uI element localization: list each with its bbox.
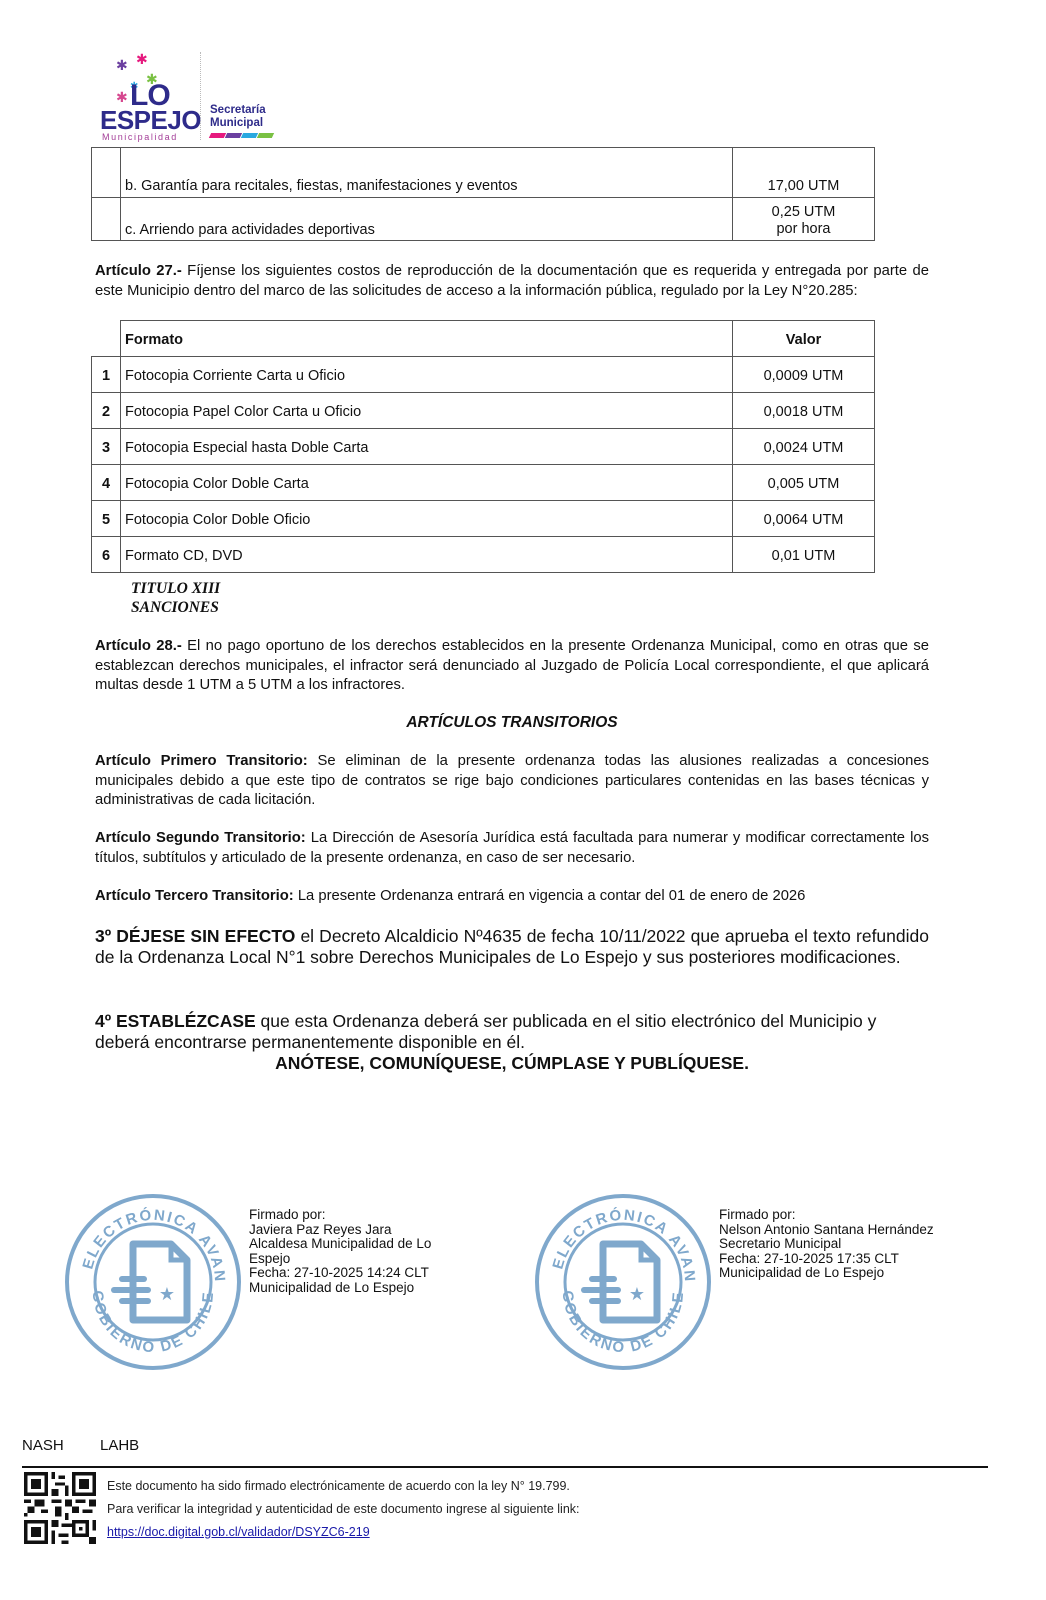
transitorios-title: ARTÍCULOS TRANSITORIOS bbox=[95, 714, 929, 732]
table-cell-value: 0,25 UTMpor hora bbox=[733, 198, 875, 241]
row-valor: 0,01 UTM bbox=[733, 537, 875, 573]
signer-institution: Municipalidad de Lo Espejo bbox=[249, 1281, 431, 1296]
row-valor: 0,0064 UTM bbox=[733, 501, 875, 537]
row-valor: 0,0009 UTM bbox=[733, 357, 875, 393]
row-formato: Fotocopia Color Doble Oficio bbox=[121, 501, 733, 537]
signature-block-2: Firmado por: Nelson Antonio Santana Hern… bbox=[719, 1208, 934, 1281]
article-heading: Artículo Segundo Transitorio: bbox=[95, 830, 306, 846]
closing-formula: ANÓTESE, COMUNÍQUESE, CÚMPLASE Y PUBLÍQU… bbox=[95, 1053, 929, 1074]
row-valor: 0,0018 UTM bbox=[733, 393, 875, 429]
resolutivo-tercero: 3º DÉJESE SIN EFECTO el Decreto Alcaldic… bbox=[95, 926, 929, 968]
articulo-28: Artículo 28.- El no pago oportuno de los… bbox=[95, 637, 929, 696]
qr-code-icon[interactable] bbox=[24, 1472, 96, 1544]
star-icon: ✱ bbox=[136, 52, 148, 66]
table-row: 2 Fotocopia Papel Color Carta u Oficio 0… bbox=[92, 393, 875, 429]
row-number: 3 bbox=[92, 429, 121, 465]
article-text: Fíjense los siguientes costos de reprodu… bbox=[95, 263, 929, 299]
signature-block-1: Firmado por: Javiera Paz Reyes Jara Alca… bbox=[249, 1208, 431, 1295]
resolutivo-heading: 3º DÉJESE SIN EFECTO bbox=[95, 926, 295, 946]
row-number: 1 bbox=[92, 357, 121, 393]
row-number: 6 bbox=[92, 537, 121, 573]
fees-table-continuation: b. Garantía para recitales, fiestas, man… bbox=[91, 147, 875, 241]
row-formato: Fotocopia Color Doble Carta bbox=[121, 465, 733, 501]
footer-verify-notice: Para verificar la integridad y autentici… bbox=[107, 1502, 580, 1516]
signature-date: Fecha: 27-10-2025 17:35 CLT bbox=[719, 1252, 934, 1267]
row-formato: Fotocopia Corriente Carta u Oficio bbox=[121, 357, 733, 393]
row-formato: Formato CD, DVD bbox=[121, 537, 733, 573]
secretaria-line1: Secretaría bbox=[210, 104, 266, 117]
logo-text-espejo: ESPEJO bbox=[100, 107, 201, 133]
svg-text:FIRMA ELECTRÓNICA AVANZADA: FIRMA ELECTRÓNICA AVANZADA bbox=[63, 1192, 228, 1284]
table-row: b. Garantía para recitales, fiestas, man… bbox=[92, 148, 875, 198]
footer-divider bbox=[22, 1466, 988, 1468]
table-header-row: Formato Valor bbox=[92, 321, 875, 357]
table-row: c. Arriendo para actividades deportivas … bbox=[92, 198, 875, 241]
star-icon: ✱ bbox=[116, 90, 128, 104]
svg-text:★: ★ bbox=[629, 1284, 645, 1304]
logo-divider bbox=[200, 52, 201, 140]
header-valor: Valor bbox=[733, 321, 875, 357]
value-unit: por hora bbox=[737, 221, 870, 238]
table-row: 3 Fotocopia Especial hasta Doble Carta 0… bbox=[92, 429, 875, 465]
signer-role-cont: Espejo bbox=[249, 1252, 431, 1267]
table-row: 6 Formato CD, DVD 0,01 UTM bbox=[92, 537, 875, 573]
signature-date: Fecha: 27-10-2025 14:24 CLT bbox=[249, 1266, 431, 1281]
signer-name: Javiera Paz Reyes Jara bbox=[249, 1223, 431, 1238]
articulo-27: Artículo 27.- Fíjense los siguientes cos… bbox=[95, 262, 929, 301]
municipality-logo: ✱ ✱ ✱ ✱ ✱ LO ESPEJO Municipalidad Secret… bbox=[96, 52, 286, 144]
svg-text:★: ★ bbox=[159, 1284, 175, 1304]
resolutivo-cuarto: 4º ESTABLÉZCASE que esta Ordenanza deber… bbox=[95, 1011, 929, 1053]
row-formato: Fotocopia Especial hasta Doble Carta bbox=[121, 429, 733, 465]
table-row: 4 Fotocopia Color Doble Carta 0,005 UTM bbox=[92, 465, 875, 501]
table-cell-label: b. Garantía para recitales, fiestas, man… bbox=[121, 148, 733, 198]
titulo-number: TITULO XIII bbox=[131, 579, 220, 598]
articulo-segundo-transitorio: Artículo Segundo Transitorio: La Direcci… bbox=[95, 829, 929, 868]
signer-institution: Municipalidad de Lo Espejo bbox=[719, 1266, 934, 1281]
table-row: 5 Fotocopia Color Doble Oficio 0,0064 UT… bbox=[92, 501, 875, 537]
svg-text:FIRMA ELECTRÓNICA AVANZADA: FIRMA ELECTRÓNICA AVANZADA bbox=[533, 1192, 698, 1284]
value-line: 0,25 UTM bbox=[737, 204, 870, 221]
star-icon: ✱ bbox=[116, 58, 128, 72]
article-text: La presente Ordenanza entrará en vigenci… bbox=[294, 888, 806, 904]
header-number bbox=[92, 321, 121, 357]
brand-color-bars bbox=[210, 133, 273, 138]
initials-1: NASH bbox=[22, 1437, 64, 1454]
row-valor: 0,0024 UTM bbox=[733, 429, 875, 465]
reproduction-costs-table: Formato Valor 1 Fotocopia Corriente Cart… bbox=[91, 320, 875, 573]
titulo-name: SANCIONES bbox=[131, 598, 220, 617]
articulo-primero-transitorio: Artículo Primero Transitorio: Se elimina… bbox=[95, 752, 929, 811]
signer-role: Secretario Municipal bbox=[719, 1237, 934, 1252]
row-valor: 0,005 UTM bbox=[733, 465, 875, 501]
footer-legal-notice: Este documento ha sido firmado electróni… bbox=[107, 1479, 570, 1493]
article-text: El no pago oportuno de los derechos esta… bbox=[95, 638, 929, 693]
articulo-tercero-transitorio: Artículo Tercero Transitorio: La present… bbox=[95, 887, 929, 907]
validator-link[interactable]: https://doc.digital.gob.cl/validador/DSY… bbox=[107, 1525, 370, 1539]
row-formato: Fotocopia Papel Color Carta u Oficio bbox=[121, 393, 733, 429]
article-heading: Artículo 27.- bbox=[95, 263, 182, 279]
row-number: 2 bbox=[92, 393, 121, 429]
signature-label: Firmado por: bbox=[719, 1208, 934, 1223]
article-heading: Artículo Tercero Transitorio: bbox=[95, 888, 294, 904]
electronic-signature-seal-icon: FIRMA ELECTRÓNICA AVANZADA GOBIERNO DE C… bbox=[63, 1192, 243, 1372]
signer-name: Nelson Antonio Santana Hernández bbox=[719, 1223, 934, 1238]
table-cell-empty bbox=[92, 198, 121, 241]
header-formato: Formato bbox=[121, 321, 733, 357]
initials-2: LAHB bbox=[100, 1437, 139, 1454]
table-cell-label: c. Arriendo para actividades deportivas bbox=[121, 198, 733, 241]
row-number: 5 bbox=[92, 501, 121, 537]
article-heading: Artículo Primero Transitorio: bbox=[95, 753, 308, 769]
row-number: 4 bbox=[92, 465, 121, 501]
table-cell-value: 17,00 UTM bbox=[733, 148, 875, 198]
electronic-signature-seal-icon: FIRMA ELECTRÓNICA AVANZADA GOBIERNO DE C… bbox=[533, 1192, 713, 1372]
titulo-xiii-heading: TITULO XIII SANCIONES bbox=[131, 579, 220, 617]
table-row: 1 Fotocopia Corriente Carta u Oficio 0,0… bbox=[92, 357, 875, 393]
secretaria-line2: Municipal bbox=[210, 117, 266, 130]
resolutivo-heading: 4º ESTABLÉZCASE bbox=[95, 1011, 256, 1031]
table-cell-empty bbox=[92, 148, 121, 198]
signature-label: Firmado por: bbox=[249, 1208, 431, 1223]
logo-text-municipalidad: Municipalidad bbox=[102, 132, 178, 142]
article-heading: Artículo 28.- bbox=[95, 638, 182, 654]
secretaria-label: Secretaría Municipal bbox=[210, 104, 266, 130]
signer-role: Alcaldesa Municipalidad de Lo bbox=[249, 1237, 431, 1252]
